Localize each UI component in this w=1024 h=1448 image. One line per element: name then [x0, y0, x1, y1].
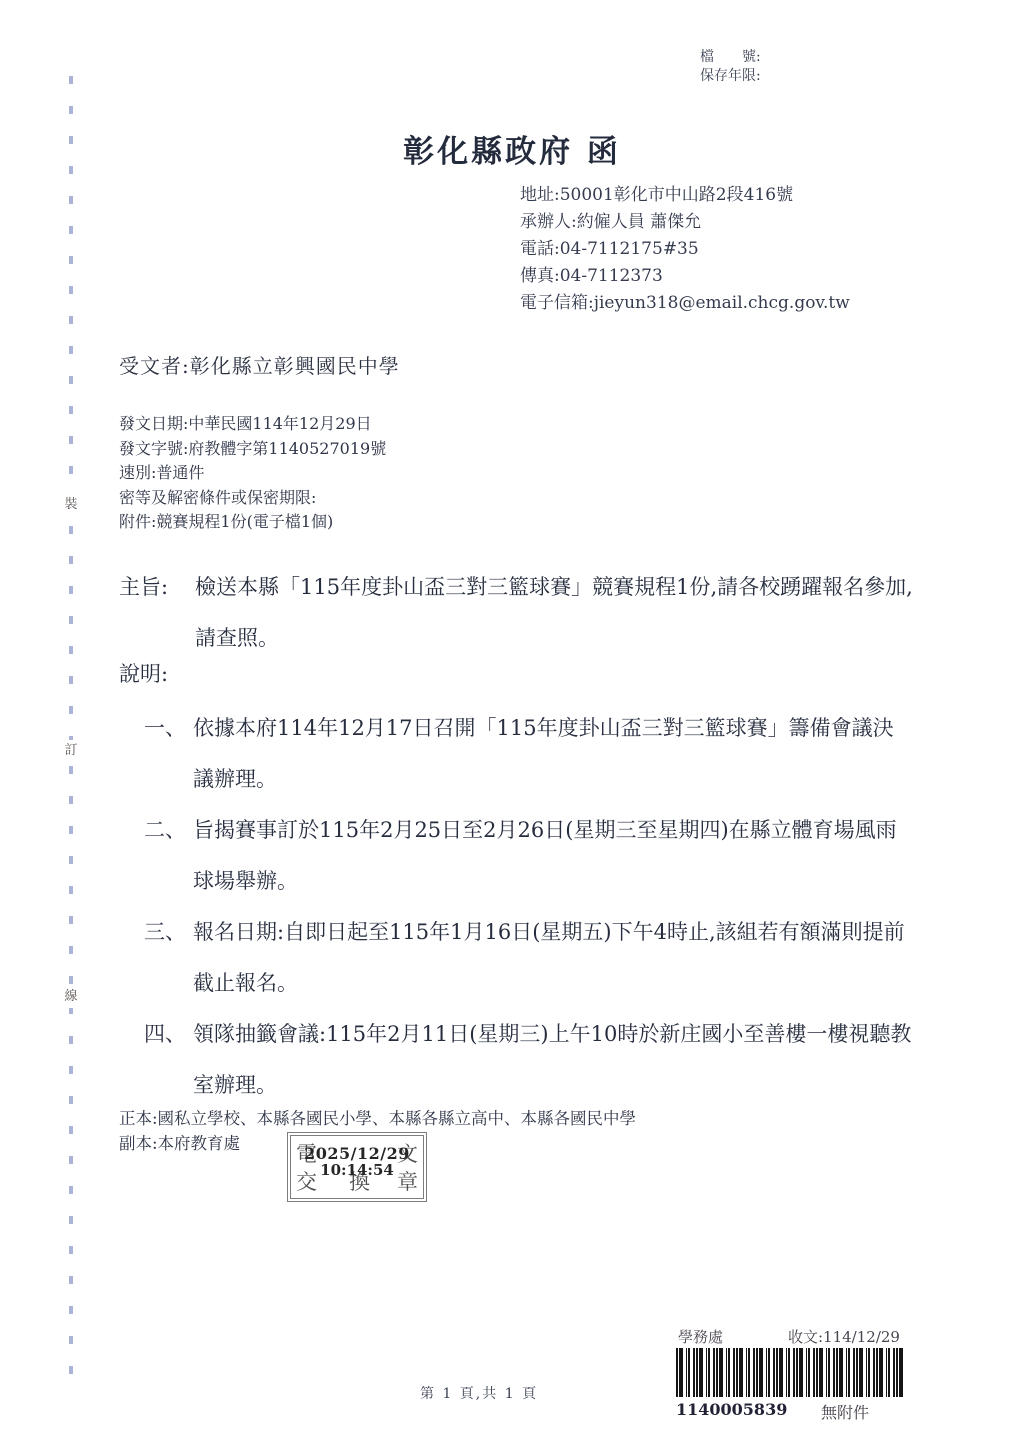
- item-number: 四、: [144, 1009, 193, 1111]
- document-meta-block: 發文日期:中華民國114年12月29日 發文字號:府教體字第1140527019…: [119, 412, 386, 535]
- no-attachment-note: 無附件: [821, 1400, 869, 1423]
- description-items: 一、 依據本府114年12月17日召開「115年度卦山盃三對三籃球賽」籌備會議決…: [144, 703, 934, 1111]
- sender-email: 電子信箱:jieyun318@email.chcg.gov.tw: [520, 290, 902, 317]
- item-text: 依據本府114年12月17日召開「115年度卦山盃三對三籃球賽」籌備會議決議辦理…: [193, 703, 913, 805]
- binding-char-ding: 訂: [62, 740, 80, 762]
- subject-text: 檢送本縣「115年度卦山盃三對三籃球賽」競賽規程1份,請各校踴躍報名參加,請查照…: [195, 562, 929, 664]
- file-label-block: 檔 號: 保存年限:: [700, 48, 761, 86]
- barcode-number: 1140005839: [676, 1400, 821, 1423]
- item-number: 一、: [144, 703, 193, 805]
- file-number-label: 檔 號:: [700, 48, 761, 67]
- sender-contact-person: 承辦人:約僱人員 蕭傑允: [520, 209, 902, 236]
- barcode-caption: 1140005839 無附件: [676, 1400, 926, 1423]
- description-item-1: 一、 依據本府114年12月17日召開「115年度卦山盃三對三籃球賽」籌備會議決…: [144, 703, 934, 805]
- sender-phone: 電話:04-7112175#35: [520, 236, 902, 263]
- barcode: [676, 1348, 905, 1397]
- description-item-2: 二、 旨揭賽事訂於115年2月25日至2月26日(星期三至星期四)在縣立體育場風…: [144, 805, 934, 907]
- receiving-office: 學務處: [678, 1326, 788, 1347]
- electronic-exchange-stamp: 電 文 交 換 章 2025/12/29 10:14:54: [287, 1132, 427, 1202]
- item-text: 旨揭賽事訂於115年2月25日至2月26日(星期三至星期四)在縣立體育場風雨球場…: [193, 805, 913, 907]
- sender-fax: 傳真:04-7112373: [520, 263, 902, 290]
- attachment-note: 附件:競賽規程1份(電子檔1個): [119, 510, 386, 535]
- description-item-3: 三、 報名日期:自即日起至115年1月16日(星期五)下午4時止,該組若有額滿則…: [144, 907, 934, 1009]
- subject-block: 主旨: 檢送本縣「115年度卦山盃三對三籃球賽」競賽規程1份,請各校踴躍報名參加…: [119, 562, 929, 664]
- document-title: 彰化縣政府 函: [0, 126, 1024, 171]
- stamp-time: 10:14:54: [291, 1161, 423, 1179]
- original-recipients: 正本:國私立學校、本縣各國民小學、本縣各縣立高中、本縣各國民中學: [119, 1106, 636, 1131]
- retention-period-label: 保存年限:: [700, 67, 761, 86]
- description-label: 說明:: [119, 658, 168, 688]
- subject-label: 主旨:: [119, 562, 168, 613]
- speed-class: 速別:普通件: [119, 461, 386, 486]
- binding-char-xian: 線: [62, 986, 80, 1008]
- recipient-line: 受文者:彰化縣立彰興國民中學: [119, 350, 400, 379]
- issue-date: 發文日期:中華民國114年12月29日: [119, 412, 386, 437]
- received-stamp-line: 學務處 收文:114/12/29: [678, 1326, 928, 1347]
- sender-contact-block: 地址:50001彰化市中山路2段416號 承辦人:約僱人員 蕭傑允 電話:04-…: [520, 182, 902, 317]
- official-letter-page: { "page": { "file_no_label": "檔 號:", "re…: [0, 0, 1024, 1448]
- item-number: 三、: [144, 907, 193, 1009]
- security-class: 密等及解密條件或保密期限:: [119, 486, 386, 511]
- sender-address: 地址:50001彰化市中山路2段416號: [520, 182, 902, 209]
- binding-dotted-line: [69, 76, 73, 1391]
- item-number: 二、: [144, 805, 193, 907]
- binding-char-zhuang: 裝: [62, 494, 80, 516]
- page-number-footer: 第 1 頁,共 1 頁: [420, 1383, 538, 1403]
- item-text: 領隊抽籤會議:115年2月11日(星期三)上午10時於新庄國小至善樓一樓視聽教室…: [193, 1009, 913, 1111]
- description-item-4: 四、 領隊抽籤會議:115年2月11日(星期三)上午10時於新庄國小至善樓一樓視…: [144, 1009, 934, 1111]
- received-date: 收文:114/12/29: [788, 1326, 900, 1347]
- issue-number: 發文字號:府教體字第1140527019號: [119, 437, 386, 462]
- item-text: 報名日期:自即日起至115年1月16日(星期五)下午4時止,該組若有額滿則提前截…: [193, 907, 913, 1009]
